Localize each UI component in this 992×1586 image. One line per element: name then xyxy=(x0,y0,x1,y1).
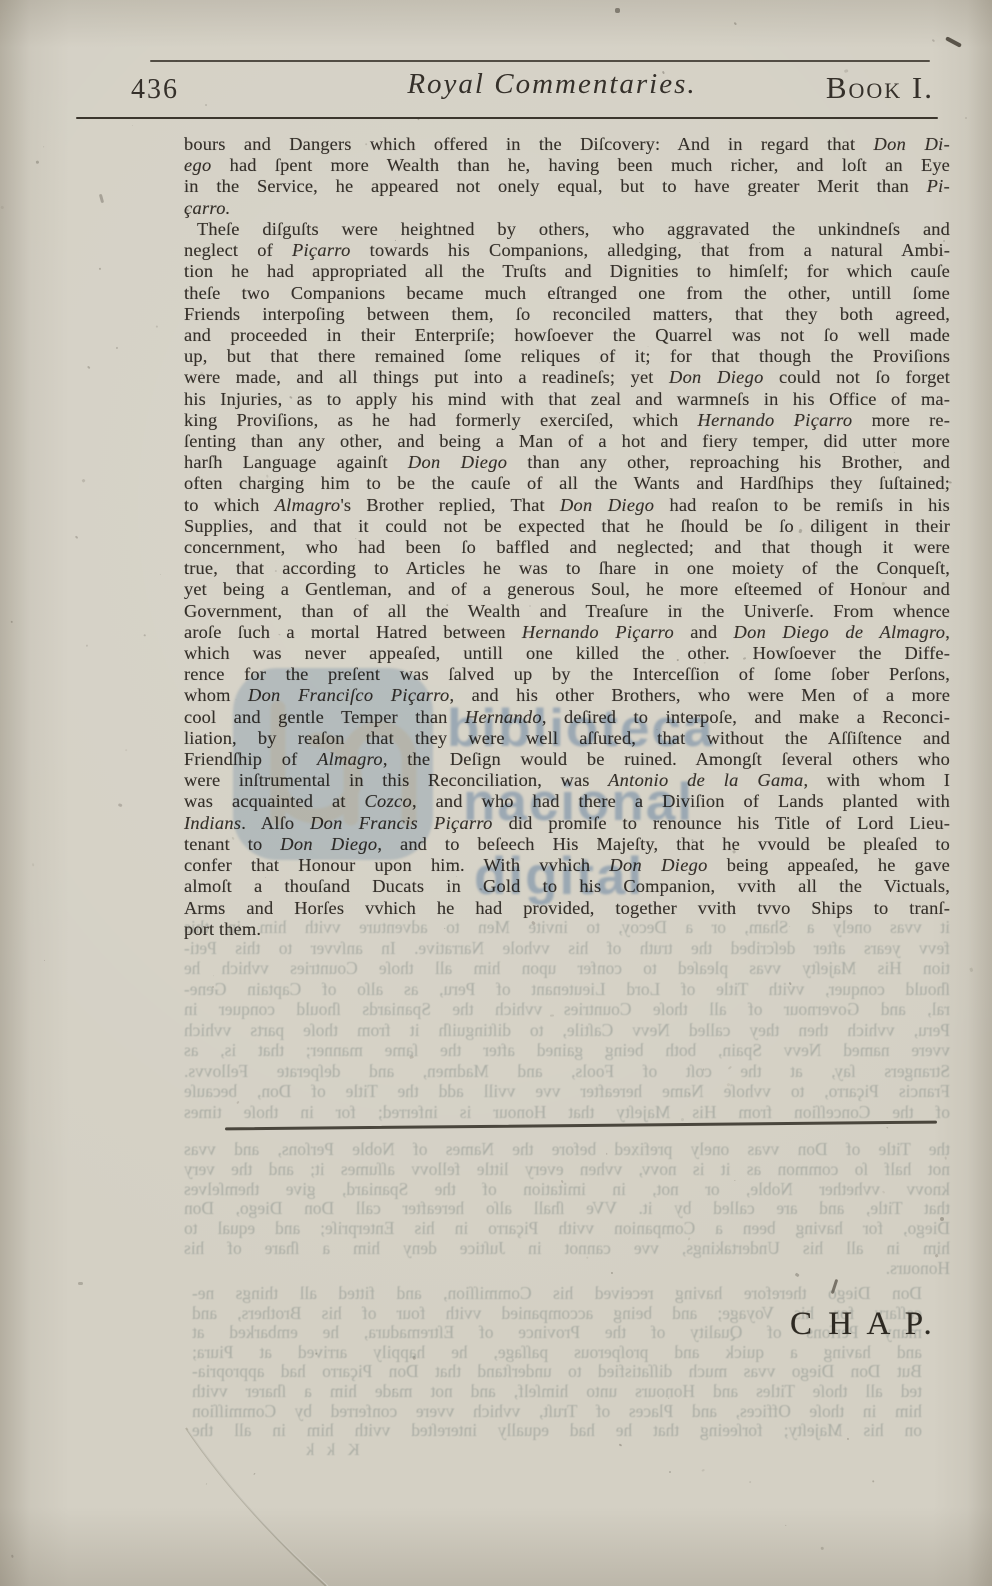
text-line: tion he had appropriated all the Truſts … xyxy=(184,261,950,282)
text-line: the Title of Don vvas onely prefixed bef… xyxy=(184,1140,950,1160)
text-line: Honours. xyxy=(184,1259,950,1279)
text-line: Arms and Horſes vvhich he had provided, … xyxy=(184,898,950,919)
text-line: vvere named Nevv Spain, both being gaine… xyxy=(184,1040,950,1061)
text-line: him in all his Undertakings, vve cannot … xyxy=(184,1239,950,1259)
text-line: yet being a Gentleman, and of a generous… xyxy=(184,579,950,600)
text-line: often charging him to be the cauſe of al… xyxy=(184,473,950,494)
text-line: concernment, who had been ſo baffled and… xyxy=(184,537,950,558)
text-line: Indians. Alſo Don Francis Piçarro did pr… xyxy=(184,813,950,834)
text-line: in the Service, he appeared not onely eq… xyxy=(184,176,950,197)
text-line: to which Almagro's Brother replied, That… xyxy=(184,495,950,516)
text-line: Peru, vvhich then they called Nevv Caſti… xyxy=(184,1020,950,1041)
text-line: was acquainted at Cozco, and who had the… xyxy=(184,791,950,812)
page-number: 436 xyxy=(131,74,179,106)
text-line: fevv years after deſcribed the truth of … xyxy=(184,938,950,959)
signature-mark: K k k xyxy=(302,1440,360,1460)
text-line: true, that according to Articles he was … xyxy=(184,558,950,579)
text-line: king Proviſions, as he had formerly exer… xyxy=(184,410,950,431)
text-line: But Don Diego vvas much diſſatisfied to … xyxy=(192,1362,922,1382)
text-line: bours and Dangers which offered in the D… xyxy=(184,134,950,155)
text-line: harſh Language againſt Don Diego than an… xyxy=(184,452,950,473)
text-line: liation, by reaſon that they were well a… xyxy=(184,728,950,749)
book-label: Book I. xyxy=(826,70,934,106)
text-line: ego had ſpent more Wealth than he, havin… xyxy=(184,155,950,176)
text-line: and proceeded in their Enterpriſe; howſo… xyxy=(184,325,950,346)
text-line: cool and gentle Temper than Hernando, de… xyxy=(184,707,950,728)
body-paragraph-1: bours and Dangers which offered in the D… xyxy=(184,134,950,219)
text-line: Government, than of all the Wealth and T… xyxy=(184,601,950,622)
header-rule-top xyxy=(150,60,930,62)
text-line: on his Majeſty; forſeeing that he had eq… xyxy=(192,1421,922,1441)
ink-mark xyxy=(945,36,962,48)
book-page-scan: 436 Royal Commentaries. Book I. it vvas … xyxy=(0,0,992,1586)
text-line: Supplies, and that it could not be expec… xyxy=(184,516,950,537)
text-line: theſe two Companions became much eſtrang… xyxy=(184,283,950,304)
text-line: port them. xyxy=(184,919,950,940)
text-line: were made, and all things put into a rea… xyxy=(184,367,950,388)
text-line: Don Diego therefore having received his … xyxy=(192,1284,922,1304)
header-rule-bottom xyxy=(76,117,938,119)
text-line: knovv vvhether Noble, or not, in imitati… xyxy=(184,1180,950,1200)
text-line: and having a quick and proſperous paſſag… xyxy=(192,1343,922,1363)
text-line: Strangers ſay, at the coſt of Fools, and… xyxy=(184,1061,950,1082)
text-line: neglect of Piçarro towards his Companion… xyxy=(184,240,950,261)
bleed-through-block-middle: the Title of Don vvas onely prefixed bef… xyxy=(184,1140,950,1279)
text-line: çarro. xyxy=(184,198,950,219)
text-line: Friendſhip of Almagro, the Deſign would … xyxy=(184,749,950,770)
text-line: ſhould conquer, vvith Title of Lord Lieu… xyxy=(184,979,950,1000)
ink-mark xyxy=(99,194,104,203)
text-line: which was never appeaſed, untill one kil… xyxy=(184,643,950,664)
text-line: Friends interpoſing between them, ſo rec… xyxy=(184,304,950,325)
text-line: Theſe diſguſts were heightned by others,… xyxy=(184,219,950,240)
text-line: tion His Majeſty vvas pleaſed to confer … xyxy=(184,958,950,979)
text-line: confer that Honour upon him. With vvhich… xyxy=(184,855,950,876)
text-line: were inſtrumental in this Reconciliation… xyxy=(184,770,950,791)
text-line: not half ſo common as it is novv, vvhen … xyxy=(184,1160,950,1180)
text-line: up, but that there remained ſome relique… xyxy=(184,346,950,367)
body-paragraph-2: Theſe diſguſts were heightned by others,… xyxy=(184,219,950,940)
text-line: ral, and Governour of all thoſe Countrie… xyxy=(184,999,950,1020)
text-line: whom Don Franciſco Piçarro, and his othe… xyxy=(184,685,950,706)
catchword-chap: C H A P. xyxy=(790,1306,936,1343)
bleed-through-block-upper: it vvas onely a Sham, or a Decoy, to inv… xyxy=(184,917,950,1122)
ink-mark xyxy=(78,1282,83,1285)
text-line: his Injuries, as to apply his mind with … xyxy=(184,389,950,410)
text-line: ſenting than any other, and being a Man … xyxy=(184,431,950,452)
ink-mark xyxy=(615,8,620,13)
text-line: almoſt a thouſand Ducats in Gold to his … xyxy=(184,876,950,897)
text-line: of the Conceſſion from His Majeſty that … xyxy=(184,1102,950,1123)
text-line: him in thoſe Offices, and Places of Truſ… xyxy=(192,1402,922,1422)
text-line: that Title, and are called by it. VVe ſh… xyxy=(184,1199,950,1219)
text-line: Diego, for having been a Companion vvith… xyxy=(184,1219,950,1239)
text-line: aroſe ſuch a mortal Hatred between Herna… xyxy=(184,622,950,643)
text-line: ted all thoſe Titles and Honours unto hi… xyxy=(192,1382,922,1402)
text-line: rence for the preſent was ſalved up by t… xyxy=(184,664,950,685)
text-line: Francis Piçarro, to vvhoſe Name hereafte… xyxy=(184,1081,950,1102)
text-line: tenant to Don Diego, and to beſeech His … xyxy=(184,834,950,855)
running-title: Royal Commentaries. xyxy=(407,68,696,101)
